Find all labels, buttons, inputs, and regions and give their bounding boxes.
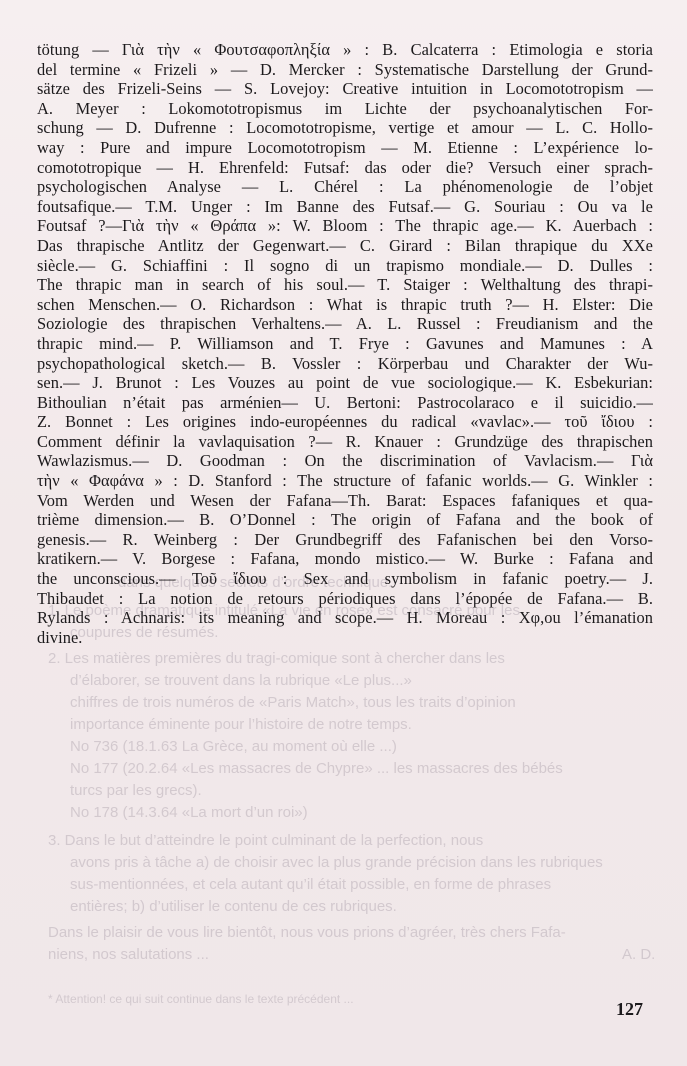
text-line: divine. [37,628,653,648]
bleed-line: d’élaborer, se trouvent dans la rubrique… [70,670,412,692]
bleed-line: chiffres de trois numéros de «Paris Matc… [70,692,516,714]
text-line: tötung — Γιὰ τὴν « Φουτσαφοπληξία » : B.… [37,40,653,60]
text-line: foutsafique.— T.M. Unger : Im Banne des … [37,197,653,217]
text-line: way : Pure and impure Locomototropism — … [37,138,653,158]
text-line: Das thrapische Antlitz der Gegenwart.— C… [37,236,653,256]
text-line: del termine « Frizeli » — D. Mercker : S… [37,60,653,80]
text-line: thrapic mind.— P. Williamson and T. Frye… [37,334,653,354]
text-line: kratikern.— V. Borgese : Fafana, mondo m… [37,549,653,569]
text-line: Soziologie des thrapischen Verhaltens.— … [37,314,653,334]
bleed-line: 2. Les matières premières du tragi-comiq… [48,648,505,670]
document-page: dans quelques secrets d’ordre technique.… [0,0,687,1066]
bleed-line: No 736 (18.1.63 La Grèce, au moment où e… [70,736,397,758]
text-line: Bithoulian n’était pas arménien— U. Bert… [37,393,653,413]
text-line: siècle.— G. Schiaffini : Il sogno di un … [37,256,653,276]
text-line: τὴν « Φαφάνα » : D. Stanford : The struc… [37,471,653,491]
text-line: psychopathological sketch.— B. Vossler :… [37,354,653,374]
text-line: genesis.— R. Weinberg : Der Grundbegriff… [37,530,653,550]
bleed-line: importance éminente pour l’histoire de n… [70,714,412,736]
bleed-line: niens, nos salutations ... [48,944,209,966]
bleed-line: turcs par les grecs). [70,780,202,802]
text-line: schung — D. Dufrenne : Locomototropisme,… [37,118,653,138]
text-line: comototropique — H. Ehrenfeld: Futsaf: d… [37,158,653,178]
bleed-line: 3. Dans le but d’atteindre le point culm… [48,830,483,852]
text-line: Wawlazismus.— D. Goodman : On the discri… [37,451,653,471]
text-line: A. Meyer : Lokomototropismus im Lichte d… [37,99,653,119]
bleed-line: entières; b) d’utiliser le contenu de ce… [70,896,397,918]
bleed-line: No 177 (20.2.64 «Les massacres de Chypre… [70,758,563,780]
text-line: Thibaudet : La notion de retours périodi… [37,589,653,609]
bleed-line: sus-mentionnées, et cela autant qu’il ét… [70,874,551,896]
page-number: 127 [616,999,643,1020]
text-line: Rylands : Achnaris: its meaning and scop… [37,608,653,628]
text-line: Z. Bonnet : Les origines indo-européenne… [37,412,653,432]
text-line: sätze des Frizeli-Seins — S. Lovejoy: Cr… [37,79,653,99]
text-line: schen Menschen.— O. Richardson : What is… [37,295,653,315]
bleed-line: avons pris à tâche a) de choisir avec la… [70,852,603,874]
text-line: Vom Werden und Wesen der Fafana—Th. Bara… [37,491,653,511]
text-line: The thrapic man in search of his soul.— … [37,275,653,295]
bleed-line: No 178 (14.3.64 «La mort d’un roi») [70,802,308,824]
text-line: Foutsaf ?—Γιὰ τὴν « Θράπα »: W. Bloom : … [37,216,653,236]
bleed-line: A. D. [622,944,655,966]
bibliography-paragraph: tötung — Γιὰ τὴν « Φουτσαφοπληξία » : B.… [37,40,653,647]
text-line: trième dimension.— B. O’Donnel : The ori… [37,510,653,530]
text-line: psychologischen Analyse — L. Chérel : La… [37,177,653,197]
text-line: sen.— J. Brunot : Les Vouzes au point de… [37,373,653,393]
text-line: Comment définir la vavlaquisation ?— R. … [37,432,653,452]
bleed-line: Dans le plaisir de vous lire bientôt, no… [48,922,566,944]
bleed-line: * Attention! ce qui suit continue dans l… [48,988,354,1010]
text-line: the unconscious.— Τοῦ ἴδιου : Sex and sy… [37,569,653,589]
